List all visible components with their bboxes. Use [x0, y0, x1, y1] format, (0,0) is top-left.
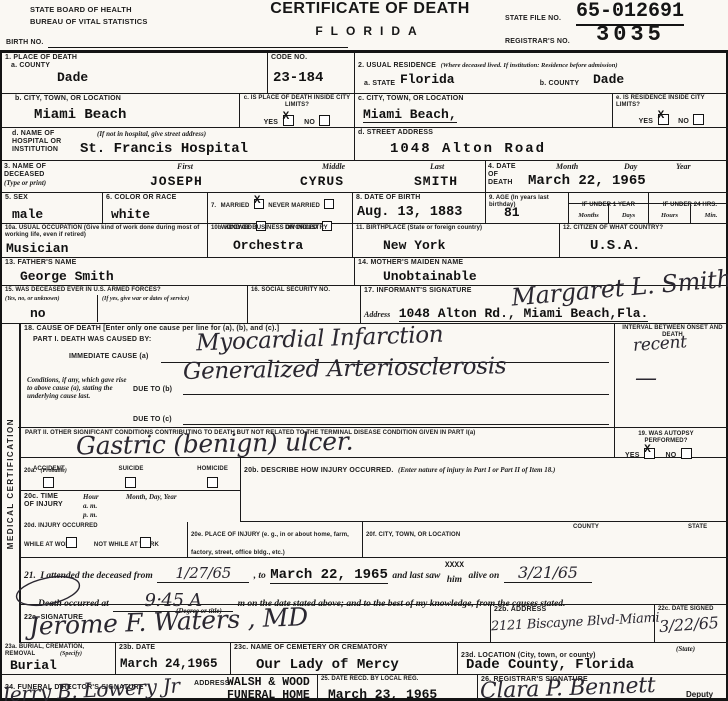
- field-birthplace: 11. BIRTHPLACE (State or foreign country…: [352, 224, 559, 258]
- attended-to-date: March 22, 1965: [270, 567, 388, 584]
- residence-city-value: Miami Beach,: [363, 107, 457, 123]
- field-color-or-race: 6. COLOR OR RACE white: [102, 193, 207, 224]
- color-or-race-label: 6. COLOR OR RACE: [106, 194, 204, 202]
- registrar-no-label: REGISTRAR'S NO.: [505, 38, 570, 46]
- cause-c-line: [183, 404, 609, 425]
- document-title: CERTIFICATE OF DEATH: [215, 0, 525, 18]
- due-to-b-label: DUE TO (b): [133, 386, 172, 394]
- field-citizen: 12. CITIZEN OF WHAT COUNTRY? U.S.A.: [559, 224, 728, 258]
- field-injury-city: 20f. CITY, TOWN, OR LOCATION COUNTY STAT…: [362, 522, 728, 558]
- time-of-injury-label: 20c. TIME OF INJURY: [24, 493, 66, 509]
- usual-residence-note: (Where deceased lived. If institution: R…: [441, 62, 618, 69]
- code-no-value: 23-184: [273, 70, 323, 86]
- place-of-injury-label: 20e. PLACE OF INJURY (e. g., in or about…: [191, 532, 349, 556]
- name-note: (Type or print): [4, 179, 46, 187]
- field-date-received: 25. DATE RECD. BY LOCAL REG. March 23, 1…: [317, 675, 477, 701]
- not-while-at-work-checkbox: [140, 537, 151, 548]
- sex-value: male: [12, 207, 43, 222]
- death-inside-limits-label: c. IS PLACE OF DEATH INSIDE CITY LIMITS?: [243, 95, 351, 109]
- business-industry-value: Orchestra: [233, 238, 303, 253]
- funeral-home-address-label: ADDRESS: [194, 680, 230, 688]
- field-social-security: 16. SOCIAL SECURITY NO.: [247, 286, 360, 324]
- interval-b-value: —: [635, 366, 657, 391]
- struck-xxxx: XXXX: [445, 562, 464, 570]
- field-attendance-statement: 21. I attended the deceased from 1/27/65…: [20, 558, 728, 605]
- birthplace-label: 11. BIRTHPLACE (State or foreign country…: [356, 225, 556, 232]
- hospital-value: St. Francis Hospital: [80, 141, 248, 157]
- field-usual-occupation: 10a. USUAL OCCUPATION (Give kind of work…: [2, 224, 207, 258]
- hour-label: Hour: [83, 493, 99, 501]
- field-business-industry: 10b. KIND OF BUSINESS OR INDUSTRY Orches…: [207, 224, 352, 258]
- days-header: Days: [622, 212, 635, 219]
- funeral-home-line1: WALSH & WOOD: [227, 676, 310, 689]
- field-physician-address: 22b. ADDRESS 2121 Biscayne Blvd-Miami: [490, 605, 654, 643]
- day-header: Day: [624, 162, 637, 171]
- accident-label: ACCIDENT: [33, 466, 65, 473]
- injury-occurred-label: 20d. INJURY OCCURRED: [24, 523, 184, 530]
- field-interval-autopsy: INTERVAL BETWEEN ONSET AND DEATH recent …: [614, 324, 728, 458]
- describe-injury-note: (Enter nature of injury in Part I or Par…: [398, 466, 555, 474]
- injury-state-label: STATE: [688, 524, 707, 531]
- field-cemetery-location: 23d. LOCATION (City, town, or county) (S…: [457, 643, 728, 675]
- disposition-label: 23a. BURIAL, CREMATION, REMOVAL: [5, 644, 105, 658]
- min-header: Min.: [705, 212, 718, 219]
- residence-limits-yes-label: YES: [639, 118, 654, 125]
- social-security-label: 16. SOCIAL SECURITY NO.: [251, 287, 357, 294]
- married-label: MARRIED: [221, 203, 250, 209]
- injury-city-label: 20f. CITY, TOWN, OR LOCATION: [366, 532, 460, 538]
- middle-name-value: CYRUS: [300, 174, 344, 189]
- homicide-checkbox: [207, 477, 218, 488]
- attended-from-date: 1/27/65: [157, 564, 249, 583]
- field-date-of-death: 4. DATE OF DEATH Month Day Year March 22…: [485, 161, 728, 193]
- field-marital-status: 7. MARRIED X NEVER MARRIED WIDOWED DIVOR…: [207, 193, 352, 224]
- cemetery-value: Our Lady of Mercy: [256, 657, 399, 673]
- agency-line1: STATE BOARD OF HEALTH: [30, 6, 148, 15]
- usual-residence-label: 2. USUAL RESIDENCE: [358, 62, 436, 69]
- disposition-note: (Specify): [60, 651, 82, 657]
- informant-address-value: 1048 Alton Rd., Miami Beach,Fla.: [399, 306, 649, 322]
- field-informant: 17. INFORMANT'S SIGNATURE Margaret L. Sm…: [360, 286, 728, 324]
- father-name-value: George Smith: [20, 269, 114, 284]
- last-alive-date: 3/21/65: [504, 563, 592, 583]
- part1-label: PART I. DEATH WAS CAUSED BY:: [33, 336, 151, 344]
- document-title-block: CERTIFICATE OF DEATH FLORIDA: [215, 0, 525, 38]
- field-age: 9. AGE (In years last birthday) 81 IF UN…: [485, 193, 728, 224]
- pm-label: p. m.: [83, 511, 97, 519]
- alive-on-text: alive on: [468, 571, 499, 581]
- married-mark: X: [254, 195, 261, 207]
- year-header: Year: [676, 162, 691, 171]
- first-name-value: JOSEPH: [150, 174, 203, 189]
- county-value: Dade: [57, 70, 88, 85]
- business-industry-label: 10b. KIND OF BUSINESS OR INDUSTRY: [211, 225, 349, 232]
- month-header: Month: [556, 162, 578, 171]
- field-name-of-deceased: 3. NAME OF DECEASED (Type or print) Firs…: [2, 161, 485, 193]
- mother-maiden-name-label: 14. MOTHER'S MAIDEN NAME: [358, 259, 727, 267]
- conditions-note: Conditions, if any, which gave rise to a…: [27, 376, 127, 400]
- residence-state-value: Florida: [400, 72, 455, 87]
- code-no-label: CODE NO.: [271, 54, 351, 62]
- disposition-date-label: 23b. DATE: [119, 644, 227, 652]
- funeral-director-signature: Jerry B. Lowery Jr: [1, 673, 180, 701]
- am-label: a. m.: [83, 502, 97, 510]
- struck-him-stack: XXXX him: [445, 562, 464, 586]
- sex-label: 5. SEX: [5, 194, 99, 202]
- disposition-date-value: March 24,1965: [120, 657, 218, 671]
- months-header: Months: [578, 212, 599, 219]
- usual-occupation-label: 10a. USUAL OCCUPATION (Give kind of work…: [5, 225, 204, 239]
- age-value: 81: [504, 205, 520, 220]
- field-injury-occurred: 20d. INJURY OCCURRED WHILE AT WORK NOT W…: [20, 522, 187, 558]
- date-of-birth-label: 8. DATE OF BIRTH: [356, 194, 482, 202]
- first-name-header: First: [177, 162, 193, 171]
- armed-forces-value: no: [30, 306, 46, 321]
- citizen-label: 12. CITIZEN OF WHAT COUNTRY?: [563, 225, 727, 232]
- medical-certification-label: MEDICAL CERTIFICATION: [6, 418, 15, 549]
- residence-county-value: Dade: [593, 72, 624, 87]
- last-name-value: SMITH: [414, 174, 458, 189]
- while-at-work-checkbox: [66, 537, 77, 548]
- field-physician-signature: 22a. SIGNATURE (Degree or title) Jerome …: [20, 605, 490, 643]
- street-address-value: 1048 Alton Road: [390, 141, 546, 157]
- residence-county-label: b. COUNTY: [540, 80, 580, 87]
- hospital-label: d. NAME OF HOSPITAL OR INSTITUTION: [12, 130, 74, 154]
- residence-inside-limits-label: e. IS RESIDENCE INSIDE CITY LIMITS?: [616, 95, 727, 109]
- describe-injury-label: 20b. DESCRIBE HOW INJURY OCCURRED.: [244, 467, 394, 474]
- attended-to-text: , to: [254, 571, 266, 581]
- father-name-label: 13. FATHER'S NAME: [5, 259, 351, 267]
- field-date-signed: 22c. DATE SIGNED 3/22/65: [654, 605, 728, 643]
- field-date-of-birth: 8. DATE OF BIRTH Aug. 13, 1883: [352, 193, 485, 224]
- informant-address-label: Address: [364, 310, 390, 319]
- field-cemetery: 23c. NAME OF CEMETERY OR CREMATORY Our L…: [230, 643, 457, 675]
- field-place-of-death: 1. PLACE OF DEATH a. COUNTY Dade: [2, 53, 267, 94]
- marital-num: 7.: [211, 203, 216, 209]
- date-of-death-value: March 22, 1965: [528, 173, 646, 189]
- birth-no-line: [48, 47, 348, 48]
- field-time-of-injury: 20c. TIME OF INJURY Hour a. m. p. m. Mon…: [20, 491, 240, 522]
- registrar-signature-value: Clara P. Bennett: [480, 673, 656, 701]
- suicide-label: SUICIDE: [118, 466, 143, 473]
- disposition-value: Burial: [10, 658, 57, 673]
- due-to-c-label: DUE TO (c): [133, 416, 172, 424]
- field-place-of-injury: 20e. PLACE OF INJURY (e. g., in or about…: [187, 522, 362, 558]
- field-disposition: 23a. BURIAL, CREMATION, REMOVAL (Specify…: [2, 643, 115, 675]
- citizen-value: U.S.A.: [590, 238, 640, 254]
- name-label: 3. NAME OF DECEASED: [4, 163, 64, 179]
- field-residence-city: c. CITY, TOWN, OR LOCATION Miami Beach,: [354, 94, 612, 128]
- field-registrar-signature: 26. REGISTRAR'S SIGNATURE Clara P. Benne…: [477, 675, 728, 701]
- street-address-label: d. STREET ADDRESS: [358, 129, 727, 137]
- death-city-value: Miami Beach: [34, 107, 126, 123]
- field-describe-injury: 20b. DESCRIBE HOW INJURY OCCURRED. (Ente…: [240, 458, 728, 522]
- field-hospital: d. NAME OF HOSPITAL OR INSTITUTION (If n…: [2, 128, 354, 161]
- death-city-label: b. CITY, TOWN, OR LOCATION: [15, 95, 236, 103]
- autopsy-yes-mark: X: [644, 444, 651, 456]
- him-text: him: [447, 575, 462, 585]
- field-father-name: 13. FATHER'S NAME George Smith: [2, 258, 354, 286]
- funeral-home-line2: FUNERAL HOME: [227, 689, 310, 701]
- physician-address-value: 2121 Biscayne Blvd-Miami: [491, 611, 660, 635]
- death-certificate-scan: STATE BOARD OF HEALTH BUREAU OF VITAL ST…: [0, 0, 728, 701]
- registrar-no-value: 3035: [596, 22, 665, 47]
- state-file-no-label: STATE FILE NO.: [505, 15, 561, 23]
- last-saw-text: and last saw: [392, 571, 440, 581]
- field-street-address: d. STREET ADDRESS 1048 Alton Road: [354, 128, 728, 161]
- date-received-label: 25. DATE RECD. BY LOCAL REG.: [321, 676, 474, 683]
- while-at-work-label: WHILE AT WORK: [24, 542, 62, 549]
- death-limits-yes-mark: X: [283, 111, 290, 123]
- usual-occupation-value: Musician: [6, 241, 68, 256]
- accident-checkbox: [43, 477, 54, 488]
- registrar-deputy-label: Deputy: [686, 690, 713, 699]
- death-limits-no-label: NO: [304, 119, 315, 126]
- mother-maiden-name-value: Unobtainable: [383, 269, 477, 284]
- color-or-race-value: white: [111, 207, 150, 222]
- armed-forces-label: 15. WAS DECEASED EVER IN U.S. ARMED FORC…: [5, 287, 244, 294]
- field-cause-of-death: 18. CAUSE OF DEATH [Enter only one cause…: [20, 324, 614, 458]
- age-label: 9. AGE (In years last birthday): [489, 195, 551, 209]
- hours-header: Hours: [661, 212, 678, 219]
- field-armed-forces: 15. WAS DECEASED EVER IN U.S. ARMED FORC…: [2, 286, 247, 324]
- death-limits-yes-label: YES: [264, 119, 279, 126]
- field-sex: 5. SEX male: [2, 193, 102, 224]
- last-name-header: Last: [430, 162, 444, 171]
- armed-forces-note2: (If yes, give war or dates of service): [102, 296, 189, 302]
- county-label: a. COUNTY: [11, 62, 264, 70]
- field-death-inside-limits: c. IS PLACE OF DEATH INSIDE CITY LIMITS?…: [239, 94, 354, 128]
- never-married-checkbox: [324, 199, 334, 209]
- month-day-year-label: Month, Day, Year: [126, 493, 177, 501]
- residence-state-label: a. STATE: [364, 80, 395, 87]
- injury-county-label: COUNTY: [573, 524, 599, 531]
- autopsy-divider: [613, 427, 728, 428]
- document-state: FLORIDA: [215, 24, 525, 38]
- married-checkbox: X: [254, 199, 264, 209]
- field-residence-inside-limits: e. IS RESIDENCE INSIDE CITY LIMITS? YES …: [612, 94, 728, 128]
- death-limits-yes-checkbox: X: [283, 115, 294, 126]
- date-of-birth-value: Aug. 13, 1883: [357, 205, 462, 220]
- part2-value: Gastric (benign) ulcer.: [76, 427, 354, 461]
- agency-line2: BUREAU OF VITAL STATISTICS: [30, 18, 148, 27]
- agency-name: STATE BOARD OF HEALTH BUREAU OF VITAL ST…: [30, 6, 148, 26]
- residence-limits-yes-checkbox: X: [658, 114, 669, 125]
- field-accident-suicide-homicide: 20a. (Probable) ACCIDENT SUICIDE HOMICID…: [20, 458, 240, 491]
- middle-name-header: Middle: [322, 162, 345, 171]
- field-funeral-director: 24. FUNERAL DIRECTOR'S SIGNATURE Jerry B…: [2, 675, 317, 701]
- cemetery-location-state-note: (State): [676, 645, 695, 653]
- not-while-at-work-label: NOT WHILE AT WORK: [94, 542, 136, 549]
- suicide-checkbox: [125, 477, 136, 488]
- field-death-city: b. CITY, TOWN, OR LOCATION Miami Beach: [2, 94, 239, 128]
- field-code-no: CODE NO. 23-184: [267, 53, 354, 94]
- physician-signature-value: Jerome F. Waters , MD: [29, 602, 309, 641]
- field-disposition-date: 23b. DATE March 24,1965: [115, 643, 230, 675]
- date-of-death-label: 4. DATE OF DEATH: [488, 163, 522, 187]
- birthplace-value: New York: [383, 238, 445, 253]
- date-signed-value: 3/22/65: [658, 613, 719, 636]
- date-received-value: March 23, 1965: [328, 687, 437, 701]
- never-married-label: NEVER MARRIED: [268, 203, 320, 209]
- interval-a-value: recent: [632, 332, 687, 356]
- residence-city-label: c. CITY, TOWN, OR LOCATION: [358, 95, 609, 103]
- pen-flourish: [13, 574, 83, 608]
- homicide-label: HOMICIDE: [197, 466, 228, 473]
- field-usual-residence: 2. USUAL RESIDENCE (Where deceased lived…: [354, 53, 728, 94]
- residence-limits-no-label: NO: [678, 118, 689, 125]
- residence-limits-no-checkbox: [693, 114, 704, 125]
- certificate-form: 1. PLACE OF DEATH a. COUNTY Dade CODE NO…: [0, 50, 728, 701]
- immediate-cause-label: IMMEDIATE CAUSE (a): [69, 353, 149, 361]
- hospital-note: (If not in hospital, give street address…: [97, 130, 206, 138]
- armed-forces-divider: [97, 295, 98, 322]
- cemetery-label: 23c. NAME OF CEMETERY OR CREMATORY: [234, 644, 454, 652]
- cemetery-location-value: Dade County, Florida: [466, 657, 634, 673]
- armed-forces-note1: (Yes, no, or unknown): [5, 296, 60, 302]
- residence-limits-yes-mark: X: [658, 110, 665, 122]
- death-limits-no-checkbox: [319, 115, 330, 126]
- place-of-death-label: 1. PLACE OF DEATH: [5, 54, 264, 62]
- birth-no-label: BIRTH NO.: [6, 39, 44, 47]
